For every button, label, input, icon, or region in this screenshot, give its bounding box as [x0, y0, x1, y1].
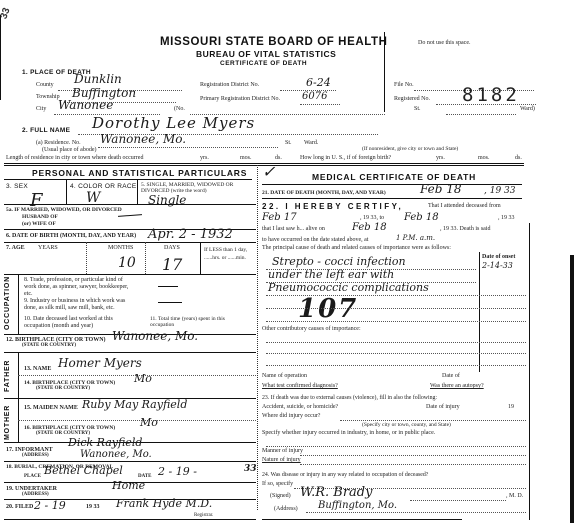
onset-value: 2-14-33 [482, 261, 513, 270]
length-mos: mos. [240, 155, 252, 161]
onset-column-rule [479, 252, 480, 372]
years-label: YEARS [38, 245, 58, 251]
from-year-label: , 19 33, to [360, 215, 384, 221]
address-label: (Address) [274, 506, 298, 512]
birthplace-value: Wanonee, Mo. [112, 329, 198, 343]
residence-label: (a) Residence. No. [36, 140, 81, 146]
no-label: (No. [174, 106, 185, 112]
cause-dots-1 [266, 269, 476, 270]
informant-address-value: Wanonee, Mo. [80, 449, 152, 460]
occ9-dash [158, 302, 182, 303]
manner-label: Manner of injury [262, 448, 303, 454]
mother-name-value: Ruby May Rayfield [82, 398, 187, 411]
residence-sublabel: (Usual place of abode) [42, 147, 96, 153]
father-birthplace-value: Mo [134, 372, 152, 385]
age-div-1 [86, 242, 88, 274]
row-rule-1 [4, 204, 256, 205]
reg-district-label: Registration District No. [200, 82, 259, 88]
sex-label: 3. SEX [6, 183, 28, 190]
to-year-label: , 19 33 [498, 215, 515, 221]
row-rule-3 [4, 242, 256, 243]
spouse-label-2: HUSBAND OF [22, 214, 58, 220]
county-value: Dunklin [74, 72, 122, 86]
margin-number: 33 [0, 6, 13, 20]
full-name-value: Dorothy Lee Myers [92, 114, 255, 132]
nature-dots [300, 464, 526, 465]
occupation-side-rule [18, 274, 19, 334]
contributory-label: Other contributory causes of importance: [262, 326, 361, 332]
informant-value: Dick Rayfield [68, 436, 142, 449]
signed-dots [410, 500, 506, 501]
large-handwritten-mark: 107 [298, 294, 358, 324]
filed-label: 20. FILED [6, 504, 33, 510]
medical-section-title: MEDICAL CERTIFICATE OF DEATH [312, 172, 476, 182]
certify-label: 22. I HEREBY CERTIFY, [262, 202, 403, 211]
father-birthplace-sublabel: (STATE OR COUNTRY) [36, 386, 90, 391]
attended-to-value: Feb 18 [404, 212, 439, 223]
length-of-residence-label: Length of residence in city or town wher… [6, 155, 143, 161]
dob-label: 6. DATE OF BIRTH (MONTH, DAY, AND YEAR) [6, 233, 136, 239]
occupation-related-label: 24. Was disease or injury in any way rel… [262, 472, 428, 478]
days-label: DAYS [164, 245, 180, 251]
nature-label: Nature of injury [262, 457, 301, 463]
burial-place-value: Bethel Chapel [44, 464, 123, 477]
address-dots [306, 512, 526, 513]
attended-from-value: Feb 17 [262, 212, 297, 223]
occupation-11-label: 11. Total time (years) spent in this occ… [150, 316, 230, 328]
bottom-rule-left [4, 519, 256, 520]
row-rule-6 [4, 352, 256, 353]
township-label: Township [36, 94, 60, 100]
county-label: County [36, 82, 54, 88]
filed-date-value: 2 - 19 [34, 499, 66, 512]
operation-label: Name of operation [262, 373, 307, 379]
death-date-label: 21. DATE OF DEATH (MONTH, DAY, AND YEAR) [262, 190, 386, 196]
race-label: 4. COLOR OR RACE [70, 183, 137, 190]
foreign-mos: mos. [478, 155, 490, 161]
personal-section-title: PERSONAL AND STATISTICAL PARTICULARS [32, 168, 247, 178]
medical-check-mark: ✓ [262, 162, 275, 181]
physician-address-value: Buffington, Mo. [318, 500, 397, 511]
primary-district-line [300, 104, 340, 105]
occupation-8-label: 8. Trade, profession, or particular kind… [24, 277, 132, 298]
medical-right-border [529, 223, 530, 520]
residence-st-label: St. [285, 140, 292, 146]
where-injury-label: Where did injury occur? [262, 413, 320, 419]
do-not-use-note: Do not use this space. [418, 40, 471, 46]
age-div-2 [145, 242, 147, 274]
row-rule-9 [4, 461, 256, 462]
cause-dots-2 [266, 282, 476, 283]
registered-no-value: 8182 [462, 84, 520, 106]
months-label: MONTHS [108, 245, 133, 251]
last-saw-label: that I last saw h... alive on [262, 226, 325, 232]
city-label: City [36, 106, 46, 112]
specify-label: Specify whether injury occurred in indus… [262, 430, 435, 436]
bureau-title: BUREAU OF VITAL STATISTICS [196, 49, 336, 59]
file-no-label: File No. [394, 82, 414, 88]
mother-vertical-label: MOTHER [4, 405, 11, 440]
md-label: , M. D. [506, 493, 523, 499]
sex-divider [66, 179, 67, 204]
if-so-label: If so, specify [262, 481, 293, 487]
undertaker-value: Home [112, 479, 145, 492]
mother-name-label: 15. MAIDEN NAME [24, 405, 78, 411]
bottom-rule-right [262, 519, 462, 520]
where-dots [340, 420, 526, 421]
residence-line [98, 147, 278, 148]
certificate-title: CERTIFICATE OF DEATH [220, 60, 307, 67]
ward-label: Ward) [520, 106, 535, 112]
form-title: MISSOURI STATE BOARD OF HEALTH [160, 36, 388, 48]
cause-dots-4 [266, 308, 526, 309]
race-divider [137, 179, 138, 204]
dob-value: Apr. 2 - 1932 [148, 227, 233, 242]
registrar-label: Registrar. [194, 513, 213, 518]
contrib-dots-1 [266, 342, 526, 343]
father-vertical-label: FATHER [4, 360, 11, 392]
registrar-signature: Frank Hyde M.D. [116, 497, 212, 510]
left-margin-line [0, 15, 1, 100]
occupation-9-label: 9. Industry or business in which work wa… [24, 298, 132, 312]
physician-signature: W.R. Brady [300, 485, 372, 500]
contrib-dots-2 [266, 353, 526, 354]
cause-line-1: Strepto - cocci infection [272, 255, 406, 268]
residence-value: Wanonee, Mo. [100, 132, 186, 146]
row-rule-4 [4, 274, 256, 275]
spouse-label-3: (or) WIFE OF [22, 221, 56, 227]
medical-title-rule [262, 184, 522, 185]
filed-year-value: 19 33 [86, 504, 100, 510]
age-months-value: 10 [118, 255, 136, 271]
city-value: Wanonee [58, 98, 113, 112]
foreign-yrs: yrs. [436, 155, 445, 161]
mother-birthplace-value: Mo [140, 416, 158, 429]
foreign-birth-label: How long in U. S., if of foreign birth? [300, 155, 391, 161]
death-date-rule [262, 198, 522, 199]
specify-dots [266, 446, 526, 447]
occupation-vertical-label: OCCUPATION [4, 276, 11, 330]
informant-sublabel: (ADDRESS) [22, 453, 49, 458]
onset-label: Date of onset [482, 254, 515, 260]
spouse-label-1: 5a. IF MARRIED, WIDOWED, OR DIVORCED [6, 207, 122, 213]
diagnosis-label: What test confirmed diagnosis? [262, 383, 338, 389]
header-divider [384, 32, 385, 112]
less-than-day-label: If LESS than 1 day, ......hrs. or ......… [204, 246, 256, 262]
father-name-label: 13. NAME [24, 366, 51, 372]
ward-line [446, 114, 516, 115]
last-saw-value: Feb 18 [352, 222, 387, 233]
father-name-value: Homer Myers [58, 356, 142, 370]
cause-dots-5 [266, 321, 526, 322]
burial-date-value: 2 - 19 - [158, 465, 197, 478]
external-causes-label: 23. If death was due to external causes … [262, 395, 437, 401]
length-ds: ds. [275, 155, 282, 161]
age-div-3 [200, 242, 201, 274]
specify-note: (Specify city or town, county, and State… [362, 422, 451, 428]
occ8-dash [158, 286, 178, 287]
cause-dots-3 [266, 295, 526, 296]
nonresident-note: (If nonresident, give city or town and S… [362, 146, 458, 152]
injury-date-label: Date of injury [426, 404, 460, 410]
age-label: 7. AGE [6, 245, 25, 251]
injury-year-label: 19 [508, 404, 514, 410]
operation-date-label: Date of [442, 373, 460, 379]
manner-dots [300, 455, 526, 456]
burial-place-label: PLACE [24, 474, 41, 479]
occurred-time-value: 1 P.M. a.m. [396, 234, 435, 242]
residence-ward-label: Ward. [304, 140, 318, 146]
last-saw-year-label: , 19 33. Death is said [440, 226, 491, 232]
primary-district-label: Primary Registration District No. [200, 96, 280, 102]
accident-label: Accident, suicide, or homicide? [262, 404, 338, 410]
age-days-value: 17 [162, 255, 182, 274]
occurred-label: to have occurred on the date stated abov… [262, 237, 368, 243]
mother-row-rule [18, 420, 256, 422]
primary-district-value: 6076 [302, 91, 327, 102]
burial-year-value: 33 [244, 464, 257, 474]
spouse-dash [118, 214, 142, 217]
autopsy-label: Was there an autopsy? [430, 383, 484, 389]
full-name-label: 2. FULL NAME [22, 127, 70, 134]
birthplace-sublabel: (STATE OR COUNTRY) [22, 343, 76, 348]
column-divider [257, 165, 259, 510]
contrib-dots-3 [266, 365, 526, 366]
st-label: St. [414, 106, 421, 112]
death-year-value: , 19 33 [484, 186, 516, 196]
signed-label: (Signed) [270, 493, 291, 499]
undertaker-sublabel: (ADDRESS) [22, 492, 49, 497]
length-yrs: yrs. [200, 155, 209, 161]
reg-district-value: 6-24 [306, 76, 331, 89]
occupation-10-label: 10. Date deceased last worked at this oc… [24, 316, 132, 330]
registered-no-label: Registered No. [394, 96, 430, 102]
personal-title-rule [4, 179, 252, 180]
foreign-ds: ds. [515, 155, 522, 161]
scan-edge-border [570, 255, 574, 523]
cause-label: The principal cause of death and related… [262, 245, 451, 251]
death-date-value: Feb 18 [420, 182, 462, 196]
certify-rest-label: That I attended deceased from [428, 203, 501, 209]
